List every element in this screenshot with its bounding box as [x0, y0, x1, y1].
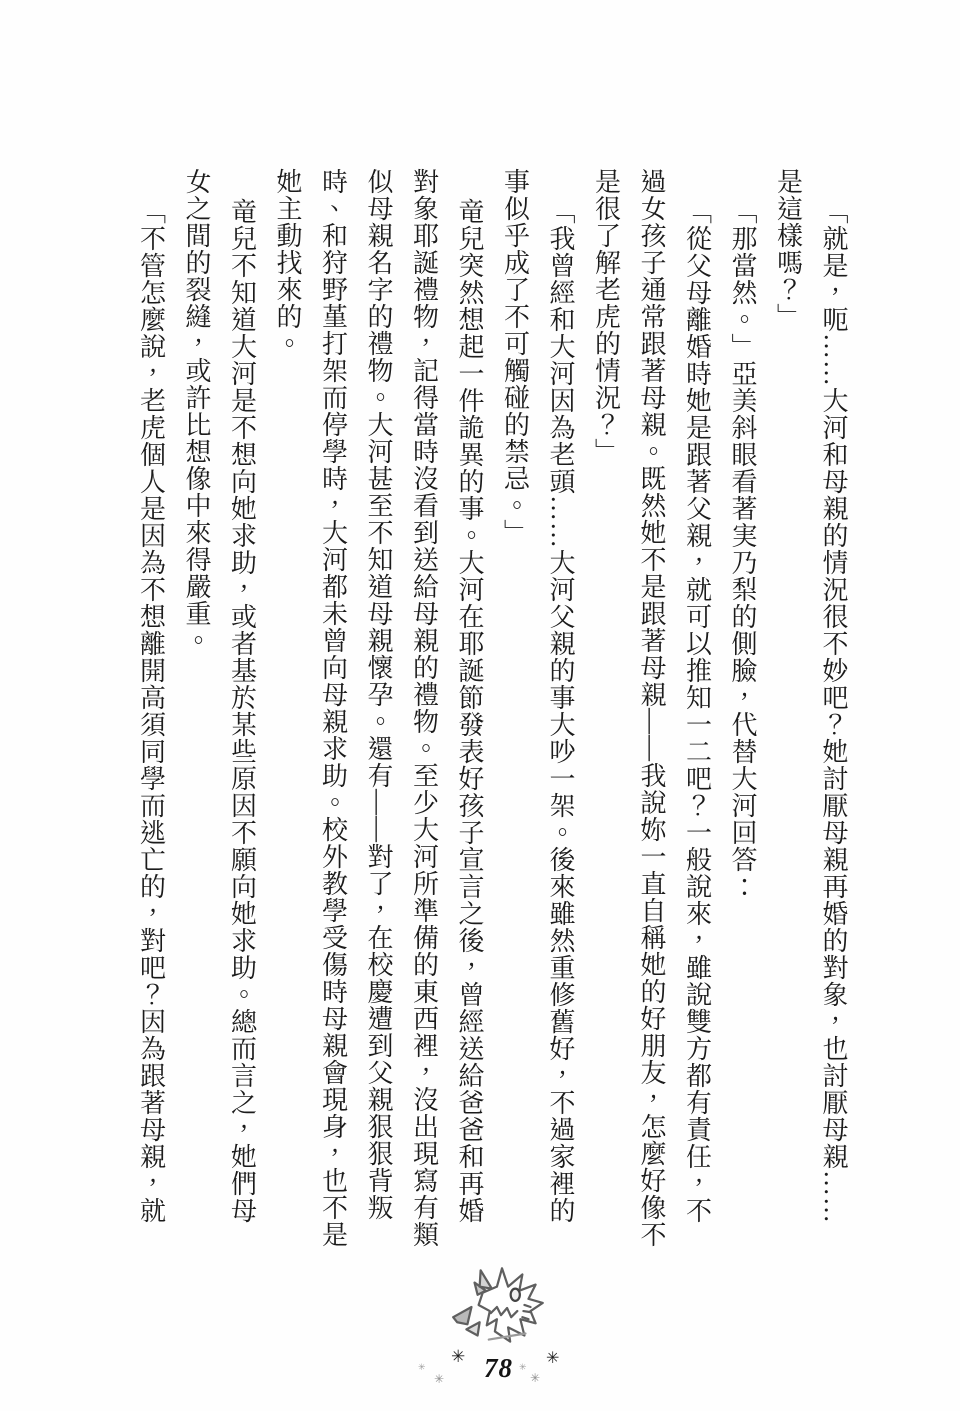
- sparkle-icon: ✳: [519, 1364, 527, 1373]
- text-column: 是很了解老虎的情況？」: [583, 168, 629, 1260]
- text-column: 似母親名字的禮物。大河甚至不知道母親懷孕。還有——對了，在校慶遭到父親狠狠背叛: [356, 168, 402, 1260]
- text-column: 「不管怎麼說，老虎個人是因為不想離開高須同學而逃亡的，對吧？因為跟著母親，就: [128, 168, 174, 1260]
- text-column: 「就是，呃……大河和母親的情況很不妙吧？她討厭母親再婚的對象，也討厭母親……: [811, 168, 857, 1260]
- text-column: 是這樣嗎？」: [765, 168, 811, 1260]
- sparkle-icon: ✳: [530, 1372, 540, 1384]
- vertical-text-area: 「就是，呃……大河和母親的情況很不妙吧？她討厭母親再婚的對象，也討厭母親……是這…: [116, 168, 856, 1260]
- text-column: 竜兒突然想起一件詭異的事。大河在耶誕節發表好孩子宣言之後，曾經送給爸爸和再婚: [447, 168, 493, 1260]
- dragon-doodle-illustration: [444, 1260, 558, 1354]
- text-column: 女之間的裂縫，或許比想像中來得嚴重。: [174, 168, 220, 1260]
- text-column: 事似乎成了不可觸碰的禁忌。」: [492, 168, 538, 1260]
- sparkles-right: ✳✳✳: [404, 1346, 594, 1398]
- text-column: 她主動找來的。: [265, 168, 311, 1260]
- sparkle-icon: ✳: [546, 1350, 559, 1366]
- text-column: 過女孩子通常跟著母親。既然她不是跟著母親——我說妳一直自稱她的好朋友，怎麼好像不: [629, 168, 675, 1260]
- text-column: 「我曾經和大河因為老頭……大河父親的事大吵一架。後來雖然重修舊好，不過家裡的: [538, 168, 584, 1260]
- text-column: 對象耶誕禮物，記得當時沒看到送給母親的禮物。至少大河所準備的東西裡，沒出現寫有類: [401, 168, 447, 1260]
- text-column: 「那當然。」亞美斜眼看著実乃梨的側臉，代替大河回答：: [720, 168, 766, 1260]
- text-column: 竜兒不知道大河是不想向她求助，或者基於某些原因不願向她求助。總而言之，她們母: [219, 168, 265, 1260]
- text-column: 「從父母離婚時她是跟著父親，就可以推知一二吧？一般說來，雖說雙方都有責任，不: [674, 168, 720, 1260]
- page-number-decoration: ✳✳✳ 78 ✳✳✳: [404, 1346, 594, 1398]
- text-column: 時、和狩野堇打架而停學時，大河都未曾向母親求助。校外教學受傷時母親會現身，也不是: [310, 168, 356, 1260]
